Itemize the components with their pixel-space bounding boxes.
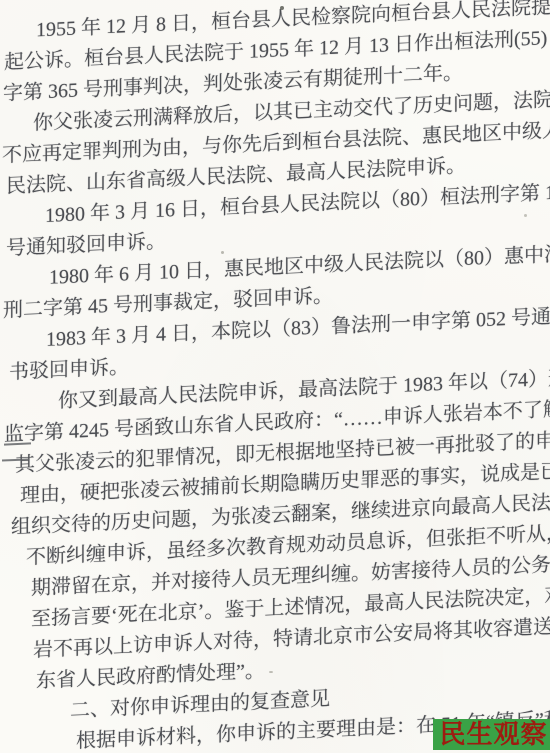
scan-speckle	[280, 6, 284, 10]
watermark-badge: 民生观察	[433, 719, 550, 750]
scan-speckle	[524, 214, 527, 217]
scan-speckle	[221, 251, 224, 254]
scan-speckle	[269, 671, 273, 673]
document-text: 1955 年 12 月 8 日，桓台县人民检察院向桓台县人民法院提起公诉。桓台县…	[0, 0, 550, 753]
scanned-document-page: 1955 年 12 月 8 日，桓台县人民检察院向桓台县人民法院提起公诉。桓台县…	[0, 0, 550, 753]
